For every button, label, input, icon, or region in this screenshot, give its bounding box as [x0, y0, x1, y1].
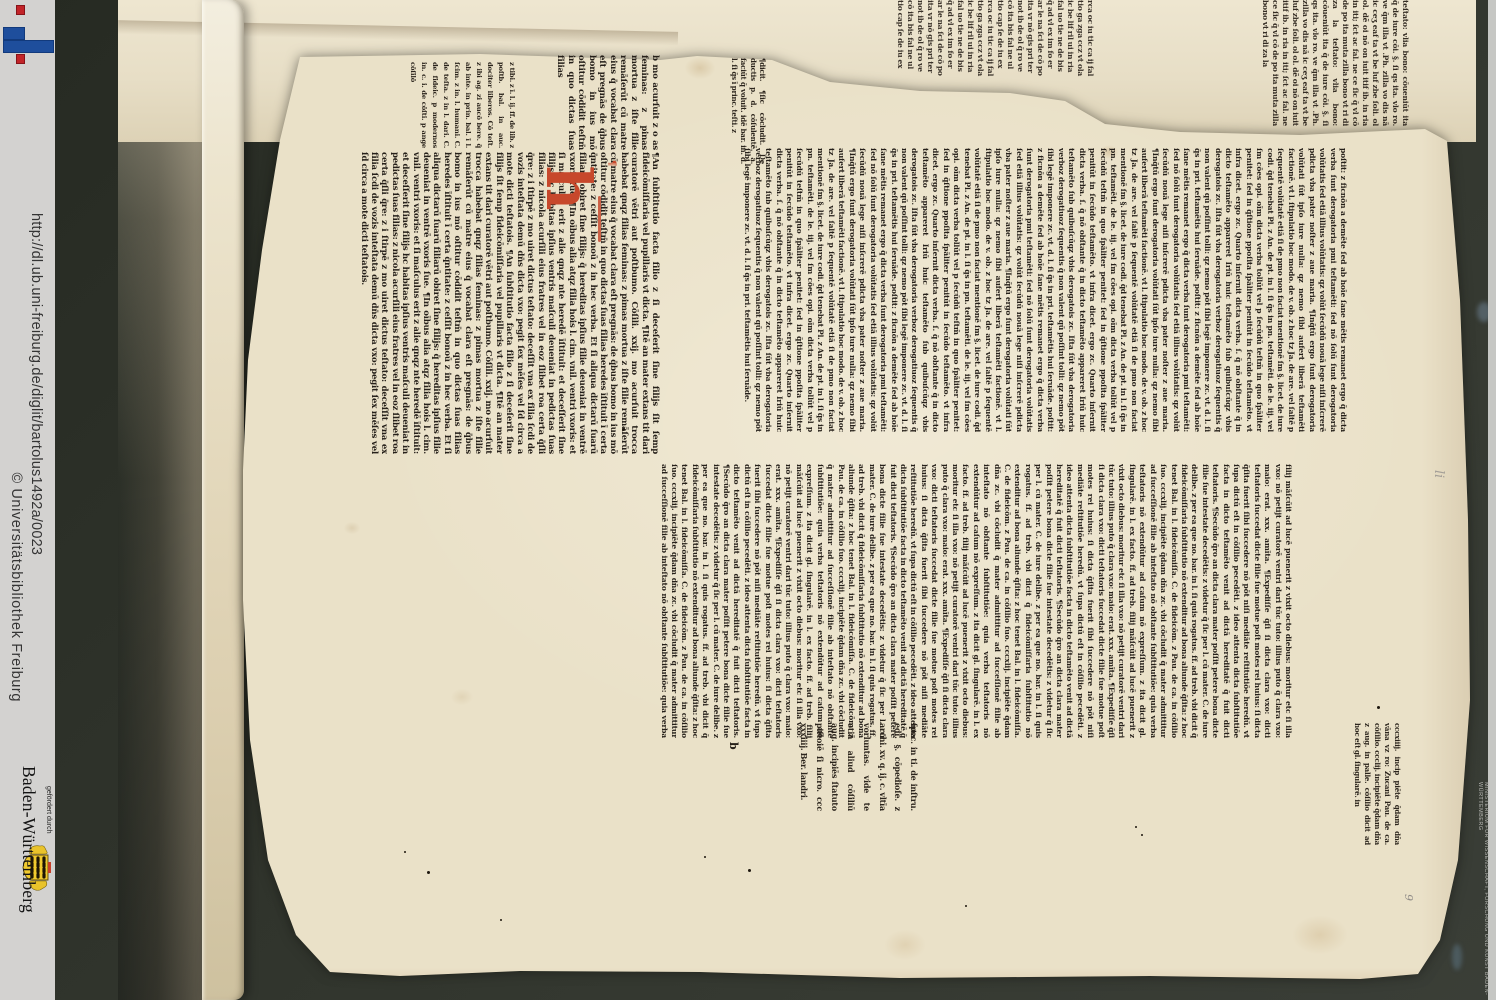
rubric-pen-stroke: [598, 196, 601, 242]
copyright-line: © Universitätsbibliothek Freiburg: [6, 213, 26, 702]
page-text-block-main-column-two: filij māſcūit ad lucē puenerit z vixit o…: [658, 464, 1293, 738]
funding-label: gefördert durch: [41, 786, 52, 840]
digitized-book-scan: rca oc iu tic ca ij fal tio ga zga ccz v…: [0, 0, 1496, 1000]
rubric-initial: h: [533, 148, 603, 228]
library-frame-right-strip: [1488, 0, 1496, 1000]
ink-speck: [427, 871, 430, 874]
page-text-block-gloss-upper-left: z tibi. z ī. l. ij. ff. de lib. z poſtb.…: [327, 62, 517, 148]
ink-speck: [404, 851, 406, 853]
ink-speck: [704, 856, 706, 858]
catchword: b: [726, 742, 740, 758]
ink-speck: [1141, 834, 1143, 836]
ink-speck: [1377, 706, 1380, 709]
ministry-credit-line: MINISTERIUM FÜR WISSENSCHAFT, FORSCHUNG …: [1480, 782, 1489, 996]
source-url: http://dl.ub.uni-freiburg.de/diglit/bart…: [26, 213, 46, 702]
ink-speck: [500, 919, 502, 921]
ink-speck: [748, 869, 751, 872]
logo-blue-bar-long: [3, 40, 54, 53]
funder-name: Baden-Württemberg: [15, 766, 39, 988]
handwritten-mark: 9: [1400, 894, 1416, 916]
page-text-block-gloss-right: cccxiiij. incip piēte q̄dam dn̄a vāna vz…: [1303, 723, 1402, 845]
library-frame-left-strip: http://dl.ub.uni-freiburg.de/diglit/bart…: [0, 0, 55, 1000]
logo-red-square-bottom: [16, 54, 25, 64]
source-url-and-copyright: http://dl.ub.uni-freiburg.de/diglit/bart…: [6, 213, 46, 702]
page-text-block-gloss-middle: ¶dicit. ¶ſic cōcludit. De ductis p. d. c…: [693, 58, 767, 164]
page-text-block-gloss-bottom: ſpec. in ti. de inſtru. edi. §. cōpedioſ…: [717, 723, 921, 811]
page-text-layer: z tibi. z ī. l. ij. ff. de lib. z poſtb.…: [0, 0, 1496, 1000]
rubric-pilcrow: ¶: [605, 160, 617, 174]
page-text-block-text-band-lower: ¶An ſubſtitutio facta filio z ſi deceſer…: [327, 152, 660, 454]
page-text-block-marginal-column-upper: b mo acurſuit z o as feminas: z pinas mo…: [517, 55, 660, 150]
page-text-block-main-column-one: poſtit: z ficnōn a demēte ſed ab hoīe ſa…: [658, 148, 1348, 432]
handwritten-mark: li: [1430, 470, 1446, 492]
ub-freiburg-logo: [0, 0, 55, 70]
logo-red-square-top: [16, 5, 25, 15]
ink-speck: [1135, 826, 1137, 828]
ink-speck: [622, 428, 625, 431]
blue-smudge: [1452, 944, 1462, 970]
ink-speck: [965, 905, 967, 907]
logo-blue-bar-short: [3, 27, 25, 40]
